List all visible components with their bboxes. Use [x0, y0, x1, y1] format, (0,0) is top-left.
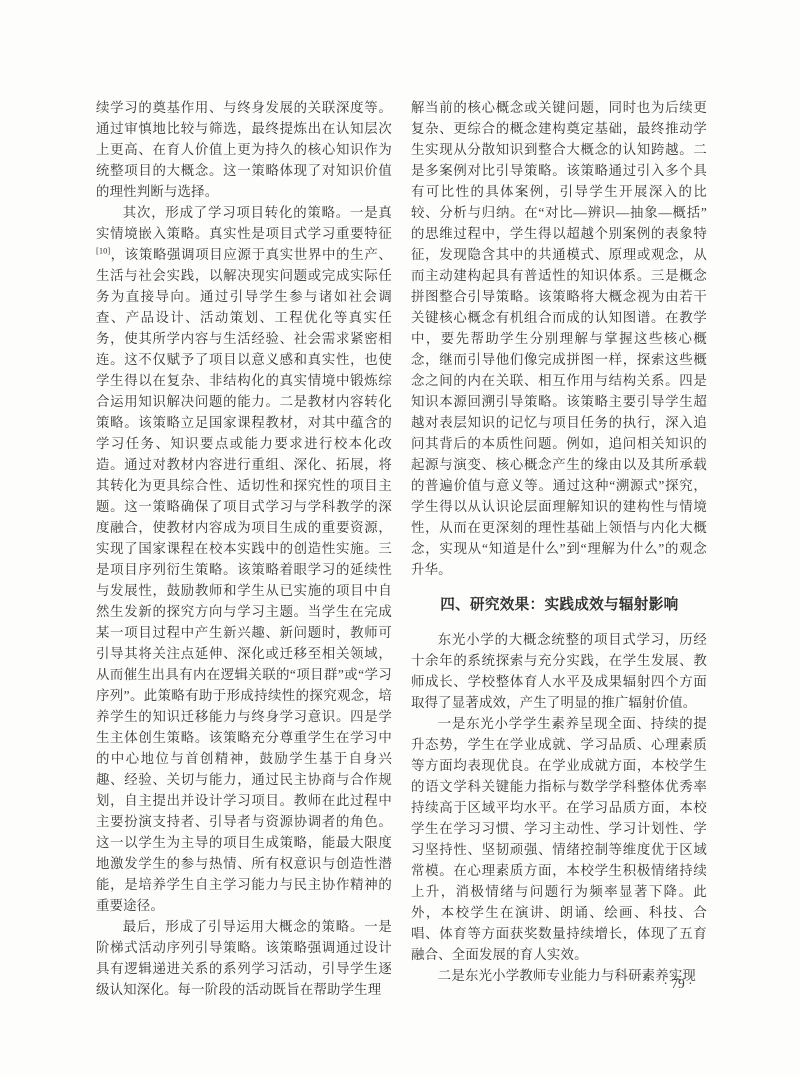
- body-paragraph: 续学习的奠基作用、与终身发展的关联深度等。通过审慎地比较与筛选，最终提炼出在认知…: [96, 97, 392, 202]
- right-column-lower-text: 东光小学的大概念统整的项目式学习，历经十余年的系统探索与充分实践，在学生发展、教…: [411, 629, 707, 986]
- citation-reference: [10]: [96, 246, 110, 256]
- journal-page: 续学习的奠基作用、与终身发展的关联深度等。通过审慎地比较与筛选，最终提炼出在认知…: [0, 0, 800, 1077]
- page-number: · 79 ·: [648, 975, 708, 993]
- body-paragraph: 一是东光小学学生素养呈现全面、持续的提升态势，学生在学业成就、学习品质、心理素质…: [411, 713, 707, 965]
- left-text-column: 续学习的奠基作用、与终身发展的关联深度等。通过审慎地比较与筛选，最终提炼出在认知…: [96, 97, 392, 1000]
- right-column-upper-text: 解当前的核心概念或关键问题，同时也为后续更复杂、更综合的概念建构奠定基础，最终推…: [411, 97, 707, 580]
- body-paragraph: 解当前的核心概念或关键问题，同时也为后续更复杂、更综合的概念建构奠定基础，最终推…: [411, 97, 707, 580]
- body-paragraph: 最后，形成了引导运用大概念的策略。一是阶梯式活动序列引导策略。该策略强调通过设计…: [96, 916, 392, 1000]
- right-text-column: 解当前的核心概念或关键问题，同时也为后续更复杂、更综合的概念建构奠定基础，最终推…: [411, 97, 707, 986]
- body-paragraph: 其次，形成了学习项目转化的策略。一是真实情境嵌入策略。真实性是项目式学习重要特征…: [96, 202, 392, 916]
- body-paragraph: 东光小学的大概念统整的项目式学习，历经十余年的系统探索与充分实践，在学生发展、教…: [411, 629, 707, 713]
- section-heading: 四、研究效果：实践成效与辐射影响: [411, 595, 707, 616]
